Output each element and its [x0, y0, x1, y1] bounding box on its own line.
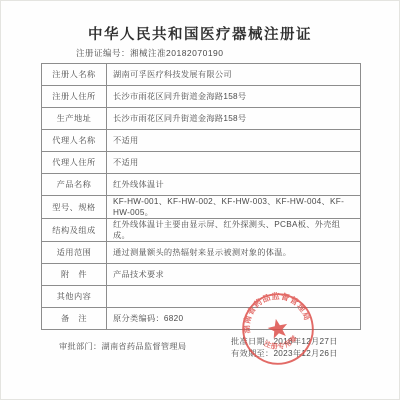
table-row: 产品名称 红外线体温计 [42, 174, 361, 196]
table-row: 附 件 产品技术要求 [42, 264, 361, 286]
valid-until-value: 2023年12月26日 [273, 349, 337, 358]
certificate-number-line: 注册证编号：湘械注准20182070190 [76, 47, 224, 59]
row-label: 其他内容 [42, 286, 107, 308]
row-value: 红外线体温计主要由显示屏、红外探测头、PCBA板、外壳组成。 [107, 219, 361, 242]
approval-department-line: 审批部门：湖南省药品监督管理局 [59, 341, 186, 352]
approval-department-value: 湖南省药品监督管理局 [101, 342, 186, 351]
valid-until-line: 有效期至：2023年12月26日 [231, 348, 338, 360]
row-value: 湖南可孚医疗科技发展有限公司 [107, 64, 361, 86]
table-row: 型号、规格 KF-HW-001、KF-HW-002、KF-HW-003、KF-H… [42, 196, 361, 219]
certificate-title: 中华人民共和国医疗器械注册证 [1, 23, 399, 44]
row-label: 代理人名称 [42, 130, 107, 152]
approval-date-value: 2018年12月27日 [273, 337, 337, 346]
row-value: 长沙市雨花区同升街道金海路158号 [107, 108, 361, 130]
row-label: 结构及组成 [42, 219, 107, 242]
row-label: 备 注 [42, 308, 107, 330]
approval-date-label: 批准日期： [231, 337, 273, 346]
table-row: 备 注 原分类编码：6820 [42, 308, 361, 330]
certificate-number-value: 湘械注准20182070190 [130, 48, 224, 58]
row-value: 原分类编码：6820 [107, 308, 361, 330]
row-value: 通过测量额头的热辐射来显示被测对象的体温。 [107, 242, 361, 264]
table-row: 代理人名称 不适用 [42, 130, 361, 152]
table-row: 结构及组成 红外线体温计主要由显示屏、红外探测头、PCBA板、外壳组成。 [42, 219, 361, 242]
table-row: 注册人住所 长沙市雨花区同升街道金海路158号 [42, 86, 361, 108]
row-value: 不适用 [107, 152, 361, 174]
row-value [107, 286, 361, 308]
certificate-table: 注册人名称 湖南可孚医疗科技发展有限公司 注册人住所 长沙市雨花区同升街道金海路… [41, 63, 361, 330]
table-row: 代理人住所 不适用 [42, 152, 361, 174]
row-label: 产品名称 [42, 174, 107, 196]
row-value: 产品技术要求 [107, 264, 361, 286]
row-label: 型号、规格 [42, 196, 107, 219]
table-row: 生产地址 长沙市雨花区同升街道金海路158号 [42, 108, 361, 130]
row-value: 红外线体温计 [107, 174, 361, 196]
approval-department-label: 审批部门： [59, 342, 101, 351]
dates-block: 批准日期：2018年12月27日 有效期至：2023年12月26日 [231, 336, 338, 359]
valid-until-label: 有效期至： [231, 349, 273, 358]
row-value: 长沙市雨花区同升街道金海路158号 [107, 86, 361, 108]
certificate-number-label: 注册证编号： [76, 48, 130, 58]
certificate-page: 中华人民共和国医疗器械注册证 注册证编号：湘械注准20182070190 注册人… [0, 0, 400, 400]
row-label: 注册人名称 [42, 64, 107, 86]
row-label: 附 件 [42, 264, 107, 286]
table-row: 其他内容 [42, 286, 361, 308]
row-value: KF-HW-001、KF-HW-002、KF-HW-003、KF-HW-004、… [107, 196, 361, 219]
approval-date-line: 批准日期：2018年12月27日 [231, 336, 338, 348]
row-label: 注册人住所 [42, 86, 107, 108]
cert-table-body: 注册人名称 湖南可孚医疗科技发展有限公司 注册人住所 长沙市雨花区同升街道金海路… [42, 64, 361, 330]
row-label: 生产地址 [42, 108, 107, 130]
row-label: 代理人住所 [42, 152, 107, 174]
table-row: 注册人名称 湖南可孚医疗科技发展有限公司 [42, 64, 361, 86]
row-value: 不适用 [107, 130, 361, 152]
table-row: 适用范围 通过测量额头的热辐射来显示被测对象的体温。 [42, 242, 361, 264]
row-label: 适用范围 [42, 242, 107, 264]
